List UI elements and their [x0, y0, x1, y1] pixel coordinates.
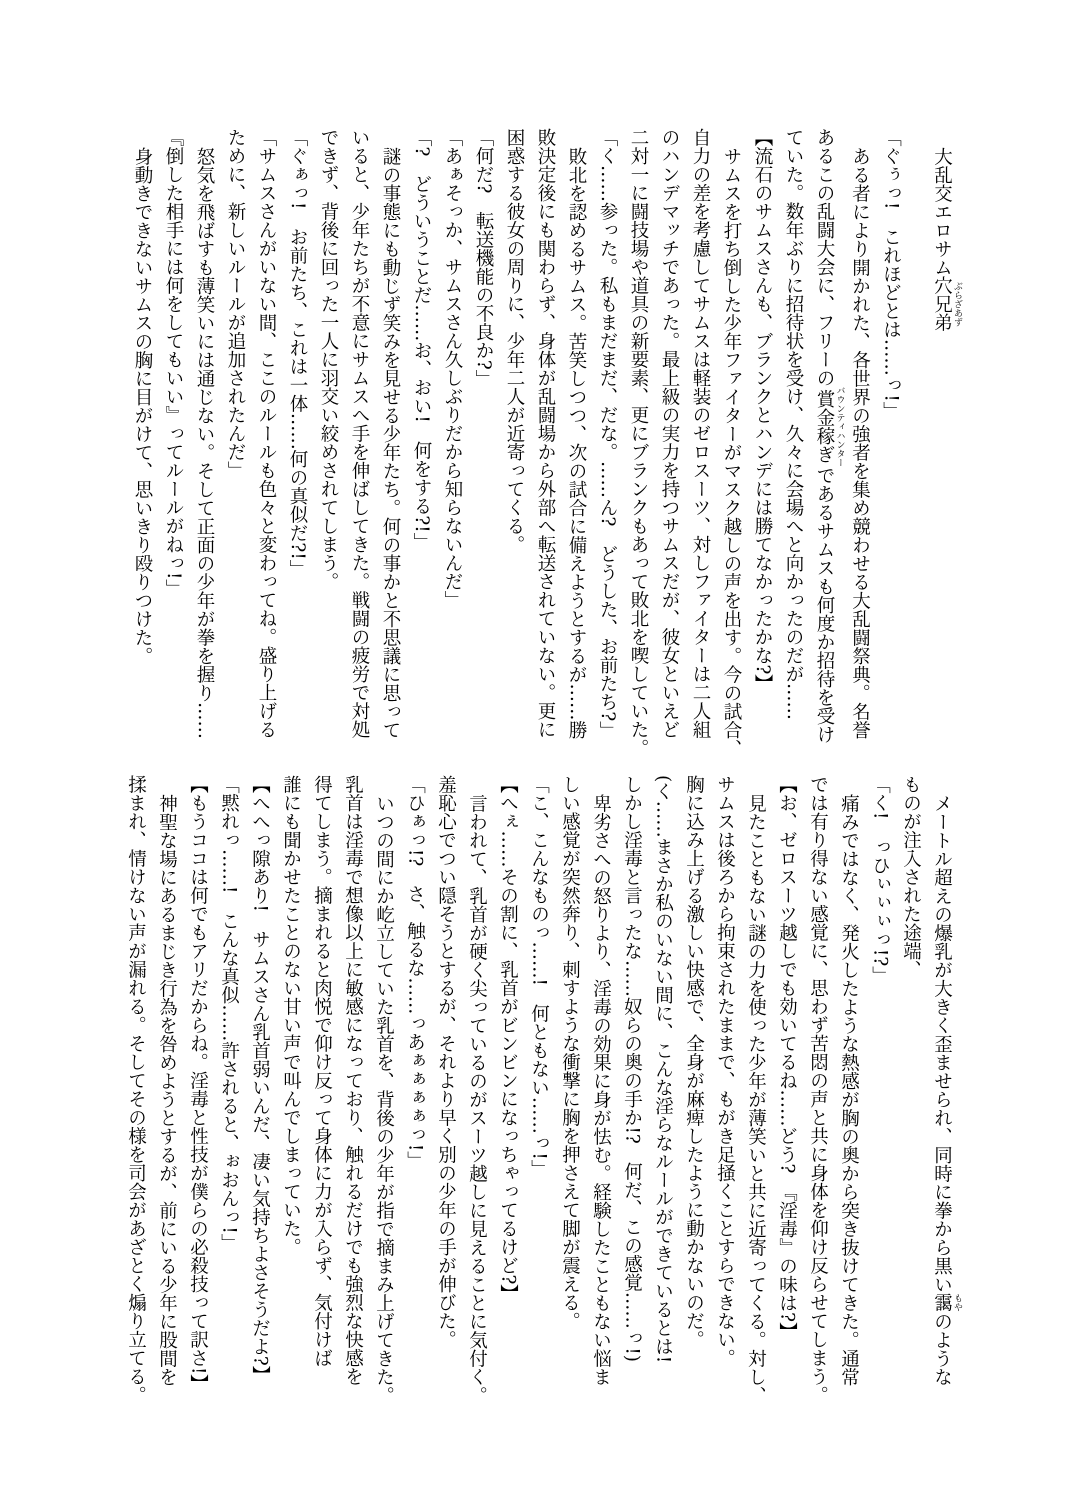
text-column-thought: しかし淫毒と言ったな……奴らの奥の手か!? 何だ、この感覚……っ!) — [617, 775, 648, 1427]
ruby-annotated-word: 穴兄弟ぶらざあず — [932, 276, 953, 332]
text-column-narrative: 胸に込み上げる激しい快感で、全身が麻痺したように動かないのだ。 — [679, 775, 710, 1427]
text-column-narrative: いつの間にか屹立していた乳首を、背後の少年が指で摘まみ上げてきた。 — [369, 775, 400, 1427]
text-column-voice: 【へぇ……その割に、乳首がビンビンになっちゃってるけど?】 — [493, 775, 524, 1427]
text-column-voice: 【流石のサムスさんも、ブランクとハンデには勝てなかったかな?】 — [747, 128, 778, 778]
text-column-dialogue: 「ぐぁっ! お前たち、これは一体……何の真似だ?!」 — [282, 128, 313, 778]
text-column-narrative: 自力の差を考慮してサムスは軽装のゼロスーツ、対しファイターは二人組 — [685, 128, 716, 778]
text-column-dialogue: 「ぐぅっ! これほどとは……っ!」 — [876, 128, 907, 778]
text-column-narrative: メートル超えの爆乳が大きく歪ませられ、同時に拳から黒い靄もやのような — [927, 775, 963, 1427]
text-column-dialogue: 「あぁそっか、サムスさん久しぶりだから知らないんだ」 — [437, 128, 468, 778]
ruby-annotated-word: 靄もや — [932, 1293, 953, 1312]
text-column-narrative: ある者により開かれた、各世界の強者を集め競わせる大乱闘祭典。名誉 — [845, 128, 876, 778]
text-column-narrative: 怒気を飛ばすも薄笑いには通じない。そして正面の少年が拳を握り…… — [189, 128, 220, 778]
text-column-narrative: ものが注入された途端、 — [896, 775, 927, 1427]
text-column-voice: 【お、ゼロスーツ越しでも効いてるね……どう? 『淫毒』の味は?】 — [772, 775, 803, 1427]
text-column-narrative: のハンデマッチであった。最上級の実力を持つサムスだが、彼女といえど — [654, 128, 685, 778]
text-column-dialogue: ために、新しいルールが追加されたんだ」 — [220, 128, 251, 778]
text-column-dialogue: 「ひぁっ!? さ、触るな……っあぁぁぁぁっ!」 — [400, 775, 431, 1427]
text-column-voice: 【もうココは何でもアリだからね。淫毒と性技が僕らの必殺技って訳さ!】 — [183, 775, 214, 1427]
text-column-narrative: 卑劣さへの怒りより、淫毒の効果に身が怯む。経験したこともない悩ま — [586, 775, 617, 1427]
text-column-narrative: しい感覚が突然奔り、刺すような衝撃に胸を押さえて脚が震える。 — [555, 775, 586, 1427]
text-column-dialogue: 「く! っひぃぃぃっ!?」 — [865, 775, 896, 1427]
text-column-narrative: あるこの乱闘大会に、フリーの賞金稼ぎバウンティハンターであるサムスも何度か招待を… — [809, 128, 845, 778]
text-column-narrative: 見たこともない謎の力を使った少年が薄笑いと共に近寄ってくる。対し、 — [741, 775, 772, 1427]
text-column-narrative: 困惑する彼女の周りに、少年二人が近寄ってくる。 — [499, 128, 530, 778]
text-column-dialogue: 「黙れっ……! こんな真似……許されると、ぉおんっ!」 — [214, 775, 245, 1427]
ruby-annotated-word: 賞金稼ぎバウンティハンター — [814, 387, 835, 466]
text-column-thought: (く……まさか私のいない間に、こんな淫らなルールができているとは! — [648, 775, 679, 1427]
text-column-narrative: できず、背後に回った一人に羽交い絞めされてしまう。 — [313, 128, 344, 778]
text-column-narrative: いると、少年たちが不意にサムスへ手を伸ばしてきた。戦闘の疲労で対処 — [344, 128, 375, 778]
top-text-block: 大乱交エロサム穴兄弟ぶらざあず「ぐぅっ! これほどとは……っ!」ある者により開か… — [127, 128, 962, 778]
text-column-dialogue: 「何だ? 転送機能の不良か?」 — [468, 128, 499, 778]
text-column-narrative: 羞恥心でつい隠そうとするが、それより早く別の少年の手が伸びた。 — [431, 775, 462, 1427]
text-column-narrative: 神聖な場にあるまじき行為を咎めようとするが、前にいる少年に股間を — [152, 775, 183, 1427]
text-column-narrative: 得てしまう。摘まれると肉悦で仰け反って身体に力が入らず、気付けば — [307, 775, 338, 1427]
text-column-narrative: 二対一に闘技場や道具の新要素、更にブランクもあって敗北を喫していた。 — [623, 128, 654, 778]
bottom-text-block: メートル超えの爆乳が大きく歪ませられ、同時に拳から黒い靄もやのようなものが注入さ… — [121, 775, 963, 1427]
text-column-narrative: 身動きできないサムスの胸に目がけて、思いきり殴りつけた。 — [127, 128, 158, 778]
doc-title: 大乱交エロサム穴兄弟ぶらざあず — [927, 128, 963, 778]
text-column-voice: 【へへっ隙あり! サムスさん乳首弱いんだ、凄い気持ちよさそうだよ?】 — [245, 775, 276, 1427]
text-column-narrative: 誰にも聞かせたことのない甘い声で叫んでしまっていた。 — [276, 775, 307, 1427]
text-column-dialogue: 「? どういうことだ……お、おい! 何をする?!」 — [406, 128, 437, 778]
text-column-narrative: 敗決定後にも関わらず、身体が乱闘場から外部へ転送されていない。更に — [530, 128, 561, 778]
text-column-dialogue: 『倒した相手には何をしてもいい』ってルールがねっ!」 — [158, 128, 189, 778]
text-column-narrative: 痛みではなく、発火したような熱感が胸の奥から突き抜けてきた。通常 — [834, 775, 865, 1427]
text-column-narrative: 乳首は淫毒で想像以上に敏感になっており、触れるだけでも強烈な快感を — [338, 775, 369, 1427]
text-column-dialogue: 「こ、こんなものっ……! 何ともない……っ!」 — [524, 775, 555, 1427]
text-column-narrative: 謎の事態にも動じず笑みを見せる少年たち。何の事かと不思議に思って — [375, 128, 406, 778]
text-column-narrative: ていた。数年ぶりに招待状を受け、久々に会場へと向かったのだが…… — [778, 128, 809, 778]
text-column-narrative: 言われて、乳首が硬く尖っているのがスーツ越しに見えることに気付く。 — [462, 775, 493, 1427]
text-column-narrative: サムスは後ろから拘束されたままで、もがき足掻くことすらできない。 — [710, 775, 741, 1427]
text-column-dialogue: 「サムスさんがいない間、ここのルールも色々と変わってね。盛り上げる — [251, 128, 282, 778]
text-column-dialogue: 「く……参った。私もまだまだ、だな。……ん? どうした、お前たち?」 — [592, 128, 623, 778]
text-column-narrative: 揉まれ、情けない声が漏れる。そしてその様を司会があざとく煽り立てる。 — [121, 775, 152, 1427]
document-page: 大乱交エロサム穴兄弟ぶらざあず「ぐぅっ! これほどとは……っ!」ある者により開か… — [0, 0, 1080, 1510]
text-column-narrative: 敗北を認めるサムス。苦笑しつつ、次の試合に備えようとするが……勝 — [561, 128, 592, 778]
text-column-narrative: サムスを打ち倒した少年ファイターがマスク越しの声を出す。今の試合、 — [716, 128, 747, 778]
text-column-narrative: では有り得ない感覚に、思わず苦悶の声と共に身体を仰け反らせてしまう。 — [803, 775, 834, 1427]
